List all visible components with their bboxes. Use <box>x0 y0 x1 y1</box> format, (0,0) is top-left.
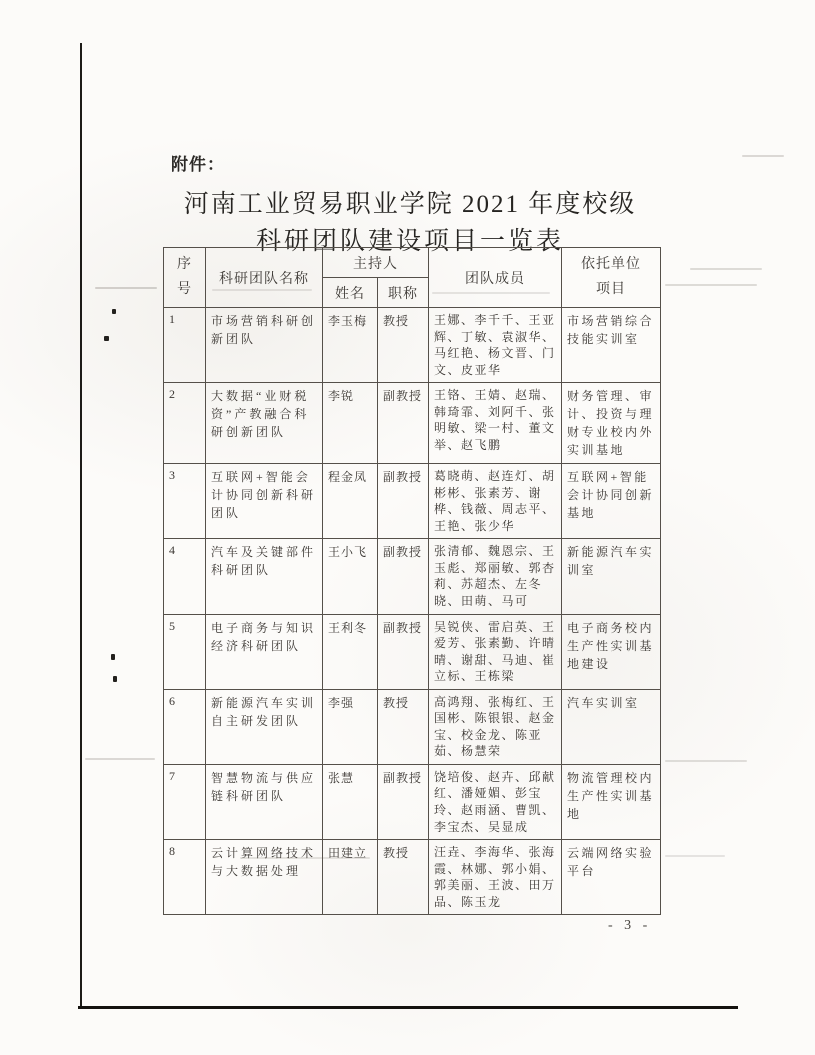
scan-speck <box>104 336 109 341</box>
header-host-title: 职称 <box>378 278 429 308</box>
attachment-label: 附件： <box>171 150 225 175</box>
scan-smudge <box>665 760 747 762</box>
cell-team-name: 大数据“业财税资”产教融合科研创新团队 <box>206 383 323 464</box>
scan-speck <box>113 676 117 682</box>
cell-host-name: 程金凤 <box>323 464 378 539</box>
cell-unit-project: 电子商务校内生产性实训基地建设 <box>562 614 661 689</box>
table-row: 4 汽车及关键部件科研团队 王小飞 副教授 张清郁、魏恩宗、王玉彪、郑丽敏、郭杏… <box>164 539 661 614</box>
cell-members: 饶培俊、赵卉、邱献红、潘娅媚、彭宝玲、赵雨涵、曹凯、李宝杰、吴显成 <box>429 764 562 839</box>
cell-team-name: 汽车及关键部件科研团队 <box>206 539 323 614</box>
cell-members: 王铬、王婧、赵瑞、韩琦霏、刘阿千、张明敏、梁一村、董文举、赵飞鹏 <box>429 383 562 464</box>
document-title-line1: 河南工业贸易职业学院 2021 年度校级 <box>90 184 730 220</box>
header-host-name: 姓名 <box>323 278 378 308</box>
scan-smudge <box>665 284 757 286</box>
cell-host-name: 王利冬 <box>323 614 378 689</box>
cell-host-title: 副教授 <box>378 539 429 614</box>
cell-team-name: 市场营销科研创新团队 <box>206 308 323 383</box>
cell-host-title: 教授 <box>378 308 429 383</box>
cell-unit-project: 新能源汽车实训室 <box>562 539 661 614</box>
cell-host-title: 副教授 <box>378 614 429 689</box>
cell-members: 汪垚、李海华、张海霞、林娜、郭小娟、郭美丽、王波、田万品、陈玉龙 <box>429 840 562 915</box>
cell-no: 3 <box>164 464 206 539</box>
cell-no: 1 <box>164 308 206 383</box>
table-row: 6 新能源汽车实训自主研发团队 李强 教授 高鸿翔、张梅红、王国彬、陈银银、赵金… <box>164 689 661 764</box>
scan-smudge <box>742 155 784 157</box>
table-row: 1 市场营销科研创新团队 李玉梅 教授 王娜、李千千、王亚辉、丁敏、袁淑华、马红… <box>164 308 661 383</box>
cell-unit-project: 汽车实训室 <box>562 689 661 764</box>
cell-no: 2 <box>164 383 206 464</box>
table-row: 2 大数据“业财税资”产教融合科研创新团队 李锐 副教授 王铬、王婧、赵瑞、韩琦… <box>164 383 661 464</box>
cell-team-name: 智慧物流与供应链科研团队 <box>206 764 323 839</box>
cell-no: 6 <box>164 689 206 764</box>
cell-members: 葛晓萌、赵连灯、胡彬彬、张素芳、谢桦、钱薇、周志平、王艳、张少华 <box>429 464 562 539</box>
cell-host-name: 李锐 <box>323 383 378 464</box>
header-team-name: 科研团队名称 <box>206 248 323 308</box>
cell-unit-project: 云端网络实验平台 <box>562 840 661 915</box>
scan-smudge <box>95 287 157 289</box>
cell-members: 吴锐侠、雷启英、王爱芳、张素勤、许晴晴、谢甜、马迪、崔立标、王栋梁 <box>429 614 562 689</box>
cell-unit-project: 财务管理、审计、投资与理财专业校内外实训基地 <box>562 383 661 464</box>
table-row: 3 互联网+智能会计协同创新科研团队 程金凤 副教授 葛晓萌、赵连灯、胡彬彬、张… <box>164 464 661 539</box>
cell-host-name: 李玉梅 <box>323 308 378 383</box>
cell-members: 高鸿翔、张梅红、王国彬、陈银银、赵金宝、校金龙、陈亚茹、杨慧荣 <box>429 689 562 764</box>
cell-team-name: 新能源汽车实训自主研发团队 <box>206 689 323 764</box>
cell-members: 张清郁、魏恩宗、王玉彪、郑丽敏、郭杏莉、苏超杰、左冬晓、田萌、马可 <box>429 539 562 614</box>
cell-no: 8 <box>164 840 206 915</box>
cell-host-title: 教授 <box>378 840 429 915</box>
table-row: 5 电子商务与知识经济科研团队 王利冬 副教授 吴锐侠、雷启英、王爱芳、张素勤、… <box>164 614 661 689</box>
cell-host-name: 张慧 <box>323 764 378 839</box>
page-number: - 3 - <box>608 918 651 934</box>
header-host: 主持人 <box>323 248 429 278</box>
cell-members: 王娜、李千千、王亚辉、丁敏、袁淑华、马红艳、杨文晋、门文、皮亚华 <box>429 308 562 383</box>
table-row: 8 云计算网络技术与大数据处理 田建立 教授 汪垚、李海华、张海霞、林娜、郭小娟… <box>164 840 661 915</box>
table-header-row-1: 序号 科研团队名称 主持人 团队成员 依托单位项目 <box>164 248 661 278</box>
cell-unit-project: 互联网+智能会计协同创新基地 <box>562 464 661 539</box>
cell-host-title: 教授 <box>378 689 429 764</box>
cell-team-name: 互联网+智能会计协同创新科研团队 <box>206 464 323 539</box>
scan-edge-line-vertical <box>80 43 82 1008</box>
scan-speck <box>112 309 116 314</box>
header-members: 团队成员 <box>429 248 562 308</box>
cell-host-name: 王小飞 <box>323 539 378 614</box>
cell-host-name: 李强 <box>323 689 378 764</box>
cell-no: 7 <box>164 764 206 839</box>
header-unit-project: 依托单位项目 <box>562 248 661 308</box>
scan-speck <box>111 654 115 660</box>
cell-host-title: 副教授 <box>378 464 429 539</box>
scanned-document-page: 附件： 河南工业贸易职业学院 2021 年度校级 科研团队建设项目一览表 序号 … <box>0 0 815 1055</box>
cell-host-name: 田建立 <box>323 840 378 915</box>
cell-unit-project: 市场营销综合技能实训室 <box>562 308 661 383</box>
scan-smudge <box>85 758 155 760</box>
cell-team-name: 电子商务与知识经济科研团队 <box>206 614 323 689</box>
cell-team-name: 云计算网络技术与大数据处理 <box>206 840 323 915</box>
cell-host-title: 副教授 <box>378 764 429 839</box>
cell-host-title: 副教授 <box>378 383 429 464</box>
cell-unit-project: 物流管理校内生产性实训基地 <box>562 764 661 839</box>
scan-smudge <box>690 268 762 270</box>
research-teams-table: 序号 科研团队名称 主持人 团队成员 依托单位项目 姓名 职称 1 市场营销科研… <box>163 247 661 915</box>
cell-no: 4 <box>164 539 206 614</box>
table-row: 7 智慧物流与供应链科研团队 张慧 副教授 饶培俊、赵卉、邱献红、潘娅媚、彭宝玲… <box>164 764 661 839</box>
scan-edge-line-bottom <box>78 1006 738 1009</box>
header-no: 序号 <box>164 248 206 308</box>
scan-smudge <box>665 855 725 857</box>
cell-no: 5 <box>164 614 206 689</box>
